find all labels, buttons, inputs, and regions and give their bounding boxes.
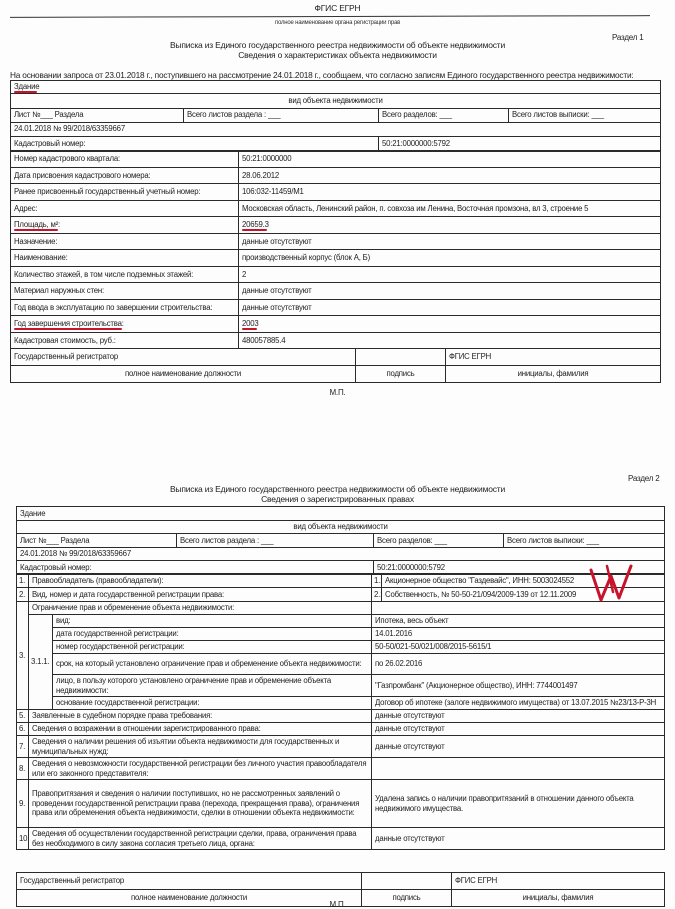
characteristic-value: 50:21:0000000	[239, 151, 661, 168]
rights-row-value: данные отсутствуют	[372, 736, 665, 758]
signature-cell	[362, 873, 452, 890]
characteristic-row: Наименование:производственный корпус (бл…	[11, 250, 661, 267]
encumbrance-item-label: дата государственной регистрации:	[53, 628, 372, 641]
sheet-number: Лист №___ Раздела	[11, 108, 184, 122]
registry-org-name: ФГИС ЕГРН	[0, 3, 675, 13]
row-number: 9.	[17, 780, 29, 828]
rights-row-label: Сведения об осуществлении государственно…	[29, 828, 372, 850]
object-header-table: Здание вид объекта недвижимости Лист №__…	[16, 506, 665, 575]
characteristic-value: 106:032-11459/М1	[239, 184, 661, 201]
sub-number: 1.1.	[372, 574, 382, 588]
registrar-name: ФГИС ЕГРН	[446, 349, 661, 366]
rights-row-label: Сведения о невозможности государственной…	[29, 758, 372, 780]
stamp-place: М.П.	[0, 388, 675, 397]
extract-reference: 24.01.2018 № 99/2018/63359667	[11, 122, 661, 136]
registrar-position: Государственный регистратор	[17, 873, 362, 890]
characteristic-row: Материал наружных стен:данные отсутствую…	[11, 283, 661, 300]
characteristic-label: Количество этажей, в том числе подземных…	[11, 266, 239, 283]
row-number: 2.	[17, 588, 29, 602]
characteristic-row: Год завершения строительства:2003	[11, 316, 661, 333]
characteristic-label: Материал наружных стен:	[11, 283, 239, 300]
total-sections: Всего разделов: ___	[379, 108, 509, 122]
encumbrance-item-row: номер государственной регистрации:50-50/…	[17, 641, 665, 654]
characteristic-value: 2003	[239, 316, 661, 333]
encumbrance-item-value: 14.01.2016	[372, 628, 665, 641]
characteristic-row: Номер кадастрового квартала:50:21:000000…	[11, 151, 661, 168]
characteristic-row: Назначение:данные отсутствуют	[11, 233, 661, 250]
encumbrance-item-label: срок, на который установлено ограничение…	[53, 654, 372, 675]
rights-row: 10.Сведения об осуществлении государстве…	[17, 828, 665, 850]
row-number: 10.	[17, 828, 29, 850]
handwritten-mark-icon	[585, 562, 639, 604]
characteristic-label: Площадь, м²:	[11, 217, 239, 234]
encumbrance-item-row: дата государственной регистрации:14.01.2…	[17, 628, 665, 641]
rights-row-label: Правопритязания и сведения о наличии пос…	[29, 780, 372, 828]
sub-number: 3.1.1.	[29, 615, 53, 710]
sheet-number: Лист №___ Раздела	[17, 534, 177, 548]
rights-row-value: данные отсутствуют	[372, 828, 665, 850]
encumbrance-item-value: Договор об ипотеке (залоге недвижимого и…	[372, 697, 665, 710]
characteristic-row: Площадь, м²:20659.3	[11, 217, 661, 234]
document-subtitle: Сведения о зарегистрированных правах	[0, 494, 675, 505]
row-number: 5.	[17, 710, 29, 723]
characteristic-label: Назначение:	[11, 233, 239, 250]
rights-row-label: Заявленные в судебном порядке права треб…	[29, 710, 372, 723]
row-number: 3.	[17, 602, 29, 710]
encumbrance-item-value: Ипотека, весь объект	[372, 615, 665, 628]
position-caption: полное наименование должности	[11, 366, 356, 383]
characteristic-value: производственный корпус (блок А, Б)	[239, 250, 661, 267]
row-number: 8.	[17, 758, 29, 780]
encumbrance-item-label: вид:	[53, 615, 372, 628]
encumbrance-item-label: номер государственной регистрации:	[53, 641, 372, 654]
total-sheets-section: Всего листов раздела : ___	[177, 534, 374, 548]
registry-org-caption: полное наименование органа регистрации п…	[0, 20, 675, 26]
name-caption: инициалы, фамилия	[446, 366, 661, 383]
encumbrance-label: Ограничение прав и обременение объекта н…	[29, 602, 372, 615]
encumbrance-item-row: срок, на который установлено ограничение…	[17, 654, 665, 675]
signature-cell	[356, 349, 446, 366]
object-type-value: Здание	[14, 82, 39, 91]
characteristic-row: Количество этажей, в том числе подземных…	[11, 266, 661, 283]
encumbrance-item-label: лицо, в пользу которого установлено огра…	[53, 675, 372, 697]
characteristic-label: Номер кадастрового квартала:	[11, 151, 239, 168]
rights-table: 1. Правообладатель (правообладатели): 1.…	[16, 573, 665, 850]
object-characteristics-table: Номер кадастрового квартала:50:21:000000…	[10, 150, 661, 349]
signature-caption: подпись	[356, 366, 446, 383]
cadastral-number-label: Кадастровый номер:	[11, 136, 379, 151]
characteristic-value: 20659.3	[239, 217, 661, 234]
characteristic-row: Ранее присвоенный государственный учетны…	[11, 184, 661, 201]
encumbrance-item-value: "Газпромбанк" (Акционерное общество), ИН…	[372, 675, 665, 697]
characteristic-value: данные отсутствуют	[239, 283, 661, 300]
rights-row-value: данные отсутствуют	[372, 710, 665, 723]
encumbrance-item-label: основание государственной регистрации:	[53, 697, 372, 710]
object-type-value: Здание	[17, 507, 665, 521]
characteristic-label: Наименование:	[11, 250, 239, 267]
characteristic-label: Год ввода в эксплуатацию по завершении с…	[11, 299, 239, 316]
characteristic-row: Дата присвоения кадастрового номера:28.0…	[11, 167, 661, 184]
rights-row: 7.Сведения о наличии решения об изъятии …	[17, 736, 665, 758]
characteristic-value: данные отсутствуют	[239, 299, 661, 316]
characteristic-label: Кадастровая стоимость, руб.:	[11, 332, 239, 349]
section-label: Раздел 2	[628, 474, 660, 483]
characteristic-row: Адрес:Московская область, Ленинский райо…	[11, 200, 661, 217]
rights-row: 6.Сведения о возражении в отношении заре…	[17, 723, 665, 736]
stamp-place: М.П.	[0, 900, 675, 909]
characteristic-label: Год завершения строительства:	[11, 316, 239, 333]
right-registration-label: Вид, номер и дата государственной регист…	[29, 588, 372, 602]
characteristic-value: 28.06.2012	[239, 167, 661, 184]
rights-row-value	[372, 758, 665, 780]
characteristic-label: Дата присвоения кадастрового номера:	[11, 167, 239, 184]
total-sections: Всего разделов: ___	[374, 534, 504, 548]
sub-number: 2.1.	[372, 588, 382, 602]
rights-row-label: Сведения о возражении в отношении зареги…	[29, 723, 372, 736]
characteristic-row: Год ввода в эксплуатацию по завершении с…	[11, 299, 661, 316]
registrar-name: ФГИС ЕГРН	[452, 873, 665, 890]
characteristic-value: данные отсутствуют	[239, 233, 661, 250]
signature-block: Государственный регистратор ФГИС ЕГРН по…	[10, 348, 661, 383]
rights-row-label: Сведения о наличии решения об изъятии об…	[29, 736, 372, 758]
characteristic-label: Ранее присвоенный государственный учетны…	[11, 184, 239, 201]
total-sheets-extract: Всего листов выписки: ___	[509, 108, 661, 122]
registrar-position: Государственный регистратор	[11, 349, 356, 366]
characteristic-value: 2	[239, 266, 661, 283]
encumbrance-item-value: 50-50/021-50/021/008/2015-5615/1	[372, 641, 665, 654]
row-number: 6.	[17, 723, 29, 736]
total-sheets-section: Всего листов раздела : ___	[184, 108, 379, 122]
object-header-table: Здание вид объекта недвижимости Лист №__…	[10, 80, 661, 152]
rights-row: 8.Сведения о невозможности государственн…	[17, 758, 665, 780]
rights-row: 5.Заявленные в судебном порядке права тр…	[17, 710, 665, 723]
encumbrance-item-row: 3.1.1.вид:Ипотека, весь объект	[17, 615, 665, 628]
cadastral-number-value: 50:21:0000000:5792	[379, 136, 661, 151]
characteristic-label: Адрес:	[11, 200, 239, 217]
object-type-caption: вид объекта недвижимости	[17, 521, 665, 534]
row-number: 7.	[17, 736, 29, 758]
total-sheets-extract: Всего листов выписки: ___	[504, 534, 665, 548]
encumbrance-item-row: лицо, в пользу которого установлено огра…	[17, 675, 665, 697]
row-number: 1.	[17, 574, 29, 588]
characteristic-value: Московская область, Ленинский район, п. …	[239, 200, 661, 217]
intro-text: На основании запроса от 23.01.2018 г., п…	[10, 70, 670, 80]
document-subtitle: Сведения о характеристиках объекта недви…	[0, 50, 675, 61]
header-rule	[10, 15, 650, 18]
characteristic-row: Кадастровая стоимость, руб.:480057885.4	[11, 332, 661, 349]
extract-reference: 24.01.2018 № 99/2018/63359667	[17, 548, 665, 561]
characteristic-value: 480057885.4	[239, 332, 661, 349]
rights-row-value: данные отсутствуют	[372, 723, 665, 736]
object-type-caption: вид объекта недвижимости	[11, 93, 661, 108]
encumbrance-item-value: по 26.02.2016	[372, 654, 665, 675]
right-holder-label: Правообладатель (правообладатели):	[29, 574, 372, 588]
encumbrance-item-row: основание государственной регистрации:До…	[17, 697, 665, 710]
rights-row-value: Удалена запись о наличии правопритязаний…	[372, 780, 665, 828]
rights-row: 9.Правопритязания и сведения о наличии п…	[17, 780, 665, 828]
